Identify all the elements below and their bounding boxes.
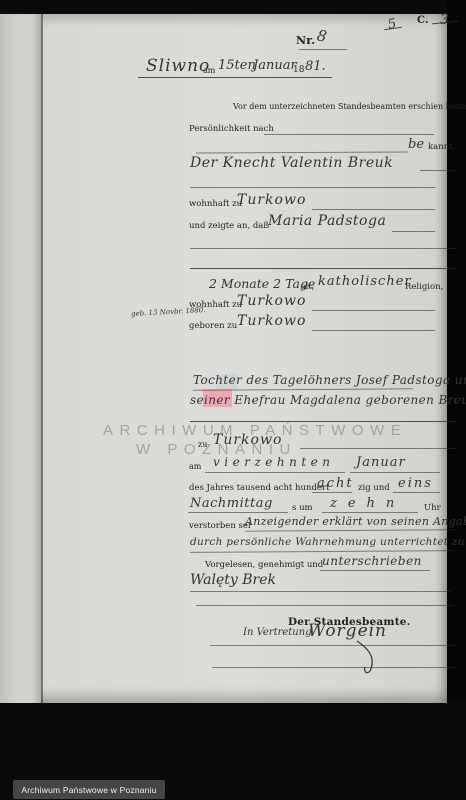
intro-line-2: Persönlichkeit nach — [189, 124, 274, 134]
ruled-line — [393, 492, 440, 493]
unterschrieben-hand: unterschrieben — [322, 554, 422, 568]
scan-viewer: 5 C. 3 Nr. 8 Sliwno am 15ten Januar 18 8… — [0, 0, 466, 800]
ruled-line — [299, 49, 347, 50]
ruled-line — [264, 134, 434, 135]
registrar-iv-hand: In Vertretung — [243, 627, 312, 638]
residence-label: wohnhaft zu — [189, 199, 242, 209]
ruled-line — [312, 209, 435, 210]
death-month-value: Januar — [356, 455, 406, 470]
ruled-line — [312, 310, 435, 311]
hour-hand: zehn — [330, 496, 405, 511]
time-of-day-hand: Nachmittag — [190, 496, 273, 511]
ruled-line — [312, 330, 435, 331]
ruled-line — [210, 645, 455, 646]
signature-flourish — [355, 639, 395, 679]
header-am-label: am — [203, 66, 215, 75]
declarant-signature: Walęty Brek — [190, 572, 276, 588]
ruled-line — [392, 231, 435, 232]
ruled-line — [205, 472, 345, 473]
vorgelesen-label: Vorgelesen, genehmigt und — [205, 560, 323, 570]
ruled-line — [196, 151, 408, 153]
scan-top-border — [0, 0, 466, 14]
corner-mark-center: C. — [417, 15, 429, 26]
parents-line-1: Tochter des Tagelöhners Josef Padstoga u… — [193, 373, 466, 387]
page-fold-line — [41, 14, 43, 703]
residence2-value: Turkowo — [237, 293, 306, 309]
age-value: 2 Monate 2 Tage — [209, 276, 315, 291]
record-number-label: Nr. — [296, 34, 315, 47]
corner-mark-left: 5 — [387, 16, 398, 32]
registrar-signature: Worgein — [308, 621, 387, 641]
ruled-line — [196, 605, 454, 606]
ruled-line — [188, 512, 288, 513]
document-page: 5 C. 3 Nr. 8 Sliwno am 15ten Januar 18 8… — [0, 14, 447, 703]
ruled-line — [245, 529, 455, 531]
ruled-line — [190, 421, 455, 422]
ruled-line — [190, 268, 455, 269]
record-number-value: 8 — [316, 26, 329, 45]
declarant-name: Der Knecht Valentin Breuk — [190, 155, 393, 171]
ruled-line — [300, 448, 455, 449]
religion-label: Religion, — [405, 282, 443, 292]
ruled-line — [190, 550, 455, 553]
ruled-line — [190, 591, 450, 592]
death-day-value: vierzehnten — [213, 455, 335, 469]
archive-label-text: Archiwum Państwowe w Poznaniu — [21, 785, 156, 795]
ruled-line — [138, 77, 332, 78]
year-hand-2: eins — [398, 476, 433, 491]
year-zig-label: zig und — [358, 483, 390, 493]
report-label: und zeigte an, daß — [189, 221, 269, 231]
page-gutter — [0, 14, 41, 703]
death-place-label: zu — [198, 440, 207, 449]
ruled-line — [190, 248, 455, 249]
ruled-line — [320, 570, 430, 571]
year-hand-1: acht — [317, 476, 354, 491]
birthplace-label: geboren zu — [189, 321, 237, 331]
ruled-line — [193, 388, 413, 391]
bekannt-hand: be — [408, 137, 424, 152]
header-year-hand: 81. — [305, 59, 326, 74]
header-day: 15ten — [218, 58, 256, 73]
uhr-label: Uhr — [424, 503, 441, 513]
intro-line-1: Vor dem unterzeichneten Standesbeamten e… — [233, 102, 466, 111]
age-label-alt: alt, — [301, 282, 314, 291]
corner-mark-right: 3 — [440, 12, 449, 28]
ruled-line — [190, 187, 435, 188]
death-date-am-label: am — [189, 462, 201, 471]
parents-line-2: seiner Ehefrau Magdalena geborenen Breuk — [190, 393, 466, 407]
death-place-value: Turkowo — [213, 432, 282, 448]
ruled-line — [350, 472, 440, 473]
religion-value: katholischer — [318, 274, 412, 289]
time-sum-label: s um — [292, 503, 313, 513]
header-place: Sliwno — [146, 56, 210, 76]
birthplace-value: Turkowo — [237, 313, 306, 329]
header-year-printed: 18 — [293, 65, 304, 75]
ruled-line — [322, 512, 418, 513]
header-month: Januar — [253, 58, 297, 73]
margin-birth-note: geb. 13 Novbr. 1880. — [131, 306, 206, 318]
year-printed-label: des Jahres tausend acht hundert — [189, 483, 329, 493]
residence-value: Turkowo — [237, 192, 306, 208]
archive-label: Archiwum Państwowe w Poznaniu — [13, 780, 165, 799]
ruled-line — [212, 667, 455, 668]
declaration-line-1: Anzeigender erklärt von seinen Angaben — [245, 515, 466, 528]
declaration-line-2: durch persönliche Wahrnehmung unterricht… — [190, 536, 466, 548]
deceased-name: Maria Padstoga — [268, 213, 386, 229]
ruled-line — [420, 170, 455, 171]
verstorben-label: verstorben sei — [189, 521, 251, 531]
bekannt-printed: kannt, — [428, 142, 455, 152]
